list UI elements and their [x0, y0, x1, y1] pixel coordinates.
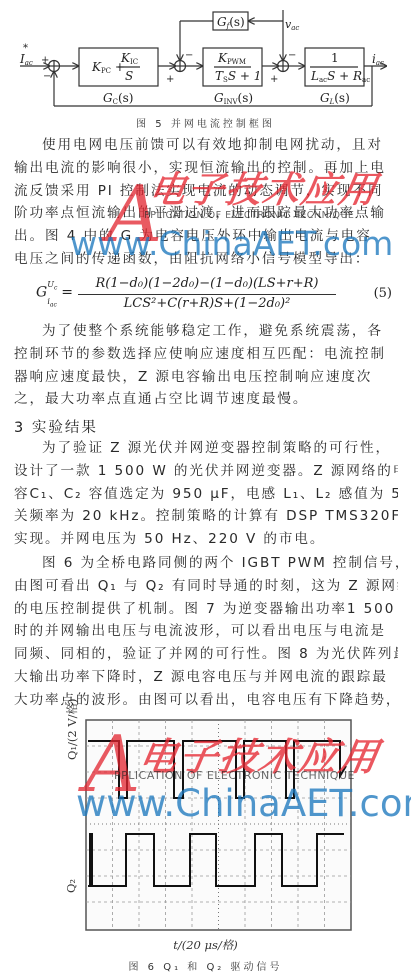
- paragraph-design-params: 为了验证 Z 源光伏并网逆变器控制策略的可行性， 设计了一款 1 500 W 的…: [14, 437, 398, 551]
- svg-text:+: +: [270, 74, 278, 85]
- svg-text:TSS + 1: TSS + 1: [215, 69, 261, 84]
- text-line: 器响应速度最快，Z 源电容输出电压控制响应速度次: [14, 366, 398, 389]
- scope-ylabel-q2: Q₂: [64, 879, 78, 893]
- svg-text:GL(s): GL(s): [320, 91, 350, 106]
- svg-text:−: −: [288, 50, 296, 61]
- figure5-caption: 图 5 并网电流控制框图: [0, 115, 411, 130]
- text-line: 使用电网电压前馈可以有效地抑制电网扰动，且对: [14, 134, 398, 157]
- text-line: 的电压控制提供了机制。图 7 为逆变器输出功率1 500 W: [14, 598, 398, 621]
- text-line: 容C₁、C₂ 容值选定为 950 μF，电感 L₁、L₂ 感值为 5 mH，开: [14, 483, 398, 506]
- scope-xlabel: t/(20 μs/格): [0, 937, 411, 953]
- equation-denominator: LCS²+C(r+R)S+(1−2d₀)²: [78, 295, 336, 311]
- text-line: 为了验证 Z 源光伏并网逆变器控制策略的可行性，: [14, 437, 398, 460]
- svg-text:1: 1: [331, 51, 339, 65]
- watermark-url: www.ChinaAET.com: [76, 782, 411, 825]
- svg-text:−: −: [43, 71, 51, 82]
- paragraph-stability: 为了使整个系统能够稳定工作，避免系统震荡，各 控制环节的参数选择应使响应速度相互…: [14, 320, 398, 411]
- text-line: 之，最大功率点直通占空比调节速度最慢。: [14, 388, 398, 411]
- text-line: 关频率为 20 kHz。控制策略的计算有 DSP TMS320F28335: [14, 505, 398, 528]
- svg-text:*: *: [23, 43, 28, 54]
- svg-text:S: S: [125, 69, 133, 83]
- svg-text:−: −: [185, 50, 193, 61]
- watermark-english-title: PPLICATION OF ELECTRONIC TECHNIQUE: [144, 210, 354, 221]
- text-line: 设计了一款 1 500 W 的光伏并网逆变器。Z 源网络的电: [14, 460, 398, 483]
- svg-text:Iac: Iac: [19, 52, 33, 67]
- watermark-english-title: PPLICATION OF ELECTRONIC TECHNIQUE: [114, 769, 355, 782]
- equation-fraction: R(1−d₀)(1−2d₀)−(1−d₀)(LS+r+R) LCS²+C(r+R…: [78, 276, 336, 311]
- svg-text:Gf(s): Gf(s): [217, 15, 245, 30]
- text-line: 控制环节的参数选择应使响应速度相互匹配：电流控制: [14, 343, 398, 366]
- gc-kpc: KPC +: [91, 60, 125, 75]
- figure6-caption: 图 6 Q₁ 和 Q₂ 驱动信号: [0, 958, 411, 973]
- svg-text:KPWM: KPWM: [217, 51, 246, 66]
- text-line: 实现。并网电压为 50 Hz、220 V 的市电。: [14, 528, 398, 551]
- watermark-url: www.ChinaAET.com: [70, 224, 393, 263]
- svg-text:LacS + Rac: LacS + Rac: [310, 69, 370, 84]
- svg-text:GINV(s): GINV(s): [214, 91, 253, 106]
- scope-ylabel-q1: Q₁/(2 V/格): [64, 640, 80, 760]
- svg-text:+: +: [166, 74, 174, 85]
- equation-numerator: R(1−d₀)(1−2d₀)−(1−d₀)(LS+r+R): [78, 276, 336, 295]
- svg-text:KIC: KIC: [120, 51, 138, 66]
- block-diagram-figure5: KPC + KIC S KPWM TSS + 1 1 LacS + Rac Gf…: [0, 0, 411, 112]
- equation-number: (5): [374, 286, 392, 301]
- text-line: 由图可看出 Q₁ 与 Q₂ 有同时导通的时刻，这为 Z 源网络: [14, 575, 398, 598]
- watermark-chinese-title: 电子技术应用: [146, 162, 383, 213]
- equation-lhs: GUciac =: [36, 284, 73, 305]
- svg-text:+: +: [41, 55, 49, 66]
- svg-text:vac: vac: [285, 18, 299, 32]
- equation-5: GUciac = R(1−d₀)(1−2d₀)−(1−d₀)(LS+r+R) L…: [36, 276, 406, 314]
- text-line: 为了使整个系统能够稳定工作，避免系统震荡，各: [14, 320, 398, 343]
- text-line: 图 6 为全桥电路同侧的两个 IGBT PWM 控制信号，: [14, 552, 398, 575]
- section-heading-experiments: 3 实验结果: [14, 416, 98, 437]
- svg-text:iac: iac: [372, 52, 384, 67]
- svg-text:GC(s): GC(s): [103, 91, 133, 106]
